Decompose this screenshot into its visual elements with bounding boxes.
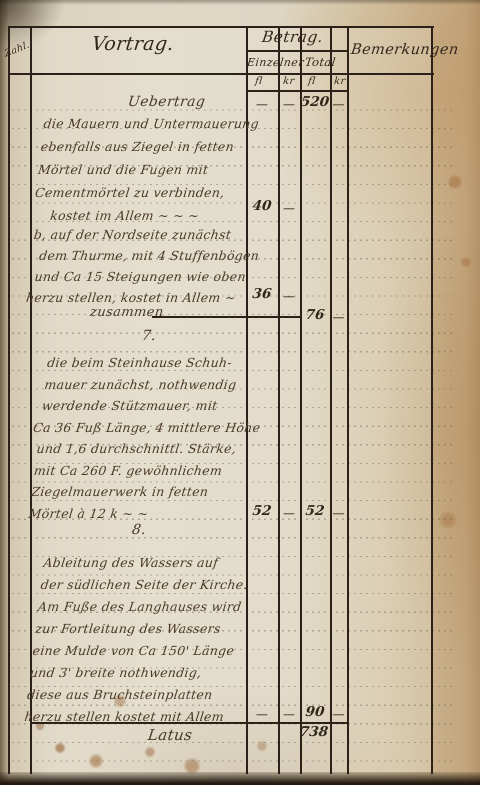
header-line-full — [8, 73, 434, 75]
column-line-total-kr — [330, 26, 332, 774]
page-edge-top — [0, 0, 480, 5]
amount-7-einzelner-kr: — — [277, 506, 300, 520]
entry-line: werdende Stützmauer, mit — [41, 395, 265, 417]
uebertrag-heading: Uebertrag — [127, 94, 206, 110]
zusammen-sum-line — [152, 316, 302, 318]
table-border-top — [8, 26, 434, 28]
entry-line: die Mauern und Untermauerung — [42, 112, 260, 135]
header-bemerkungen: Bemerkungen — [350, 42, 460, 58]
header-line-under-betrag — [246, 50, 348, 52]
page-edge-bottom — [0, 772, 480, 785]
column-line-bemerkungen — [347, 26, 349, 774]
photo-of-ledger: { "header": { "zahl": "Zahl.", "vortrag"… — [0, 0, 480, 785]
entry-line: und Ca 15 Steigungen wie oben — [27, 266, 258, 287]
entry-line: der südlichen Seite der Kirche. — [39, 574, 249, 596]
amount-a-einzelner-kr: — — [277, 201, 300, 215]
entry-line: eine Mulde von Ca 150' Länge — [31, 640, 241, 662]
amount-uebertrag-einzelner-fl: — — [245, 97, 278, 111]
amount-uebertrag-einzelner-kr: — — [277, 97, 300, 111]
amount-7-total-kr: — — [329, 506, 347, 520]
amount-8-total-kr: — — [329, 707, 347, 721]
amount-b-einzelner-kr: — — [277, 289, 300, 303]
section-7-number: 7. — [141, 328, 157, 344]
entry-line: diese aus Bruchsteinplatten — [26, 684, 236, 706]
amount-uebertrag-total-fl: 520 — [299, 94, 331, 110]
latus-label: Latus — [147, 726, 194, 744]
page-edge-left — [0, 0, 9, 785]
entry-line: ebenfalls aus Ziegel in fetten — [39, 135, 257, 158]
entry-line: die beim Steinhause Schuh- — [46, 352, 270, 374]
entry-line: herzu stellen kostet mit Allem — [23, 706, 233, 728]
header-vortrag: Vortrag. — [91, 33, 176, 55]
entry-line: Mörtel à 12 k ~ ~ — [27, 503, 251, 525]
entry-line: Mörtel und die Fugen mit — [37, 158, 255, 181]
entry-line: Ziegelmauerwerk in fetten — [30, 481, 254, 503]
entry-paragraph-8: Ableitung des Wassers auf der südlichen … — [23, 552, 252, 728]
section-8-number: 8. — [131, 522, 147, 538]
header-total: Total — [304, 55, 337, 69]
amount-7-einzelner-fl: 52 — [245, 503, 279, 519]
entry-line: Cementmörtel zu verbinden, — [34, 181, 252, 204]
amount-b-einzelner-fl: 36 — [245, 286, 279, 302]
header-einzelner-fl: fl — [254, 76, 263, 87]
entry-line: b, auf der Nordseite zunächst — [33, 224, 264, 245]
header-line-under-flkr — [246, 90, 348, 92]
column-line-einzelner-kr — [278, 26, 280, 774]
entry-line: mit Ca 260 F. gewöhnlichem — [33, 460, 257, 482]
ledger-page: Zahl. Vortrag. Betrag. Einzelner Total f… — [0, 0, 480, 785]
entry-line: zur Fortleitung des Wassers — [34, 618, 244, 640]
entry-paragraph-7: die beim Steinhause Schuh- mauer zunächs… — [27, 352, 269, 524]
amount-7-total-fl: 52 — [299, 503, 331, 519]
amount-a-einzelner-fl: 40 — [245, 198, 279, 214]
header-einzelner: Einzelner — [246, 56, 305, 69]
entry-paragraph-b: b, auf der Nordseite zunächst dem Thurme… — [25, 224, 263, 308]
amount-8-einzelner-kr: — — [277, 707, 300, 721]
header-einzelner-kr: kr — [282, 76, 295, 87]
entry-paragraph-a: die Mauern und Untermauerung ebenfalls a… — [31, 112, 260, 227]
entry-line: Am Fuße des Langhauses wird — [37, 596, 247, 618]
header-total-fl: fl — [307, 76, 316, 87]
amount-zusammen-total-kr: — — [329, 310, 347, 324]
table-border-right — [431, 26, 433, 774]
entry-line: und 3' breite nothwendig, — [29, 662, 239, 684]
header-total-kr: kr — [333, 76, 346, 87]
header-betrag: Betrag. — [261, 28, 324, 46]
entry-line: mauer zunächst, nothwendig — [43, 374, 267, 396]
entry-line: dem Thurme, mit 4 Stuffenbögen — [30, 245, 261, 266]
entry-line: Ableitung des Wassers auf — [42, 552, 252, 574]
amount-zusammen-total-fl: 76 — [299, 307, 331, 323]
amount-8-einzelner-fl: — — [245, 707, 278, 721]
column-line-total — [300, 26, 302, 774]
amount-uebertrag-total-kr: — — [329, 97, 347, 111]
entry-line: und 1,6 durchschnittl. Stärke, — [35, 438, 259, 460]
entry-line: Ca 36 Fuß Länge, 4 mittlere Höhe — [32, 417, 262, 439]
amount-latus-total-fl: 738 — [297, 724, 331, 740]
amount-8-total-fl: 90 — [299, 704, 331, 720]
